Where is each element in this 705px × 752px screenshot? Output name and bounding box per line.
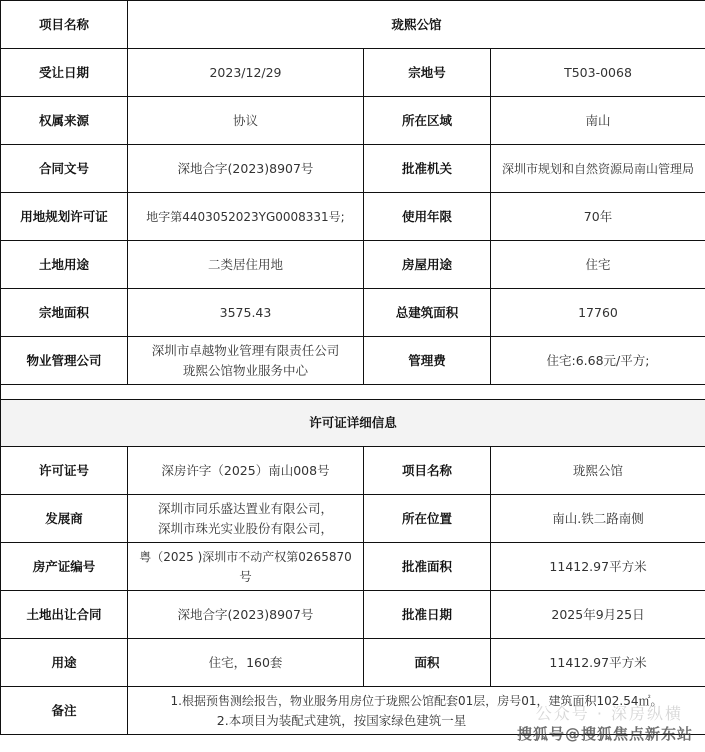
value-management-fee: 住宅:6.68元/平方; xyxy=(491,337,705,385)
row-property-management: 物业管理公司 深圳市卓越物业管理有限责任公司 珑熙公馆物业服务中心 管理费 住宅… xyxy=(1,337,705,385)
wechat-watermark: 公众号 · 深房纵横 xyxy=(536,701,683,724)
property-management-line-1: 深圳市卓越物业管理有限责任公司 xyxy=(129,341,362,361)
value-permit-number: 深房许字（2025）南山008号 xyxy=(128,447,364,495)
label-developer: 发展商 xyxy=(1,495,128,543)
property-management-line-2: 珑熙公馆物业服务中心 xyxy=(129,361,362,381)
row-permit-number: 许可证号 深房许字（2025）南山008号 项目名称 珑熙公馆 xyxy=(1,447,705,495)
label-land-use: 土地用途 xyxy=(1,241,128,289)
label-transfer-date: 受让日期 xyxy=(1,49,128,97)
value-land-contract: 深地合字(2023)8907号 xyxy=(128,591,364,639)
row-usage: 用途 住宅，160套 面积 11412.97平方米 xyxy=(1,639,705,687)
value-term: 70年 xyxy=(491,193,705,241)
value-property-cert: 粤（2025 )深圳市不动产权第0265870 号 xyxy=(128,543,364,591)
row-property-cert: 房产证编号 粤（2025 )深圳市不动产权第0265870 号 批准面积 114… xyxy=(1,543,705,591)
value-project-name: 珑熙公馆 xyxy=(128,1,705,49)
label-term: 使用年限 xyxy=(364,193,491,241)
value-contract-number: 深地合字(2023)8907号 xyxy=(128,145,364,193)
row-land-contract: 土地出让合同 深地合字(2023)8907号 批准日期 2025年9月25日 xyxy=(1,591,705,639)
label-ownership-source: 权属来源 xyxy=(1,97,128,145)
spacer-cell xyxy=(1,385,705,400)
label-approval-date: 批准日期 xyxy=(364,591,491,639)
label-total-floor-area: 总建筑面积 xyxy=(364,289,491,337)
label-approved-area: 批准面积 xyxy=(364,543,491,591)
spacer-row xyxy=(1,385,705,400)
value-approval-authority: 深圳市规划和自然资源局南山管理局 xyxy=(491,145,705,193)
label-parcel-area: 宗地面积 xyxy=(1,289,128,337)
value-transfer-date: 2023/12/29 xyxy=(128,49,364,97)
label-remarks: 备注 xyxy=(1,687,128,735)
row-contract-number: 合同文号 深地合字(2023)8907号 批准机关 深圳市规划和自然资源局南山管… xyxy=(1,145,705,193)
value-usage: 住宅，160套 xyxy=(128,639,364,687)
row-developer: 发展商 深圳市同乐盛达置业有限公司， 深圳市珠光实业股份有限公司， 所在位置 南… xyxy=(1,495,705,543)
value-area: 11412.97平方米 xyxy=(491,639,705,687)
value-parcel-number: T503-0068 xyxy=(491,49,705,97)
row-project-name: 项目名称 珑熙公馆 xyxy=(1,1,705,49)
label-area: 面积 xyxy=(364,639,491,687)
row-transfer-date: 受让日期 2023/12/29 宗地号 T503-0068 xyxy=(1,49,705,97)
label-building-use: 房屋用途 xyxy=(364,241,491,289)
label-property-cert: 房产证编号 xyxy=(1,543,128,591)
row-ownership-source: 权属来源 协议 所在区域 南山 xyxy=(1,97,705,145)
value-permit-project-name: 珑熙公馆 xyxy=(491,447,705,495)
value-ownership-source: 协议 xyxy=(128,97,364,145)
label-parcel-number: 宗地号 xyxy=(364,49,491,97)
label-land-contract: 土地出让合同 xyxy=(1,591,128,639)
value-location: 南山.铁二路南侧 xyxy=(491,495,705,543)
label-management-fee: 管理费 xyxy=(364,337,491,385)
label-permit-project-name: 项目名称 xyxy=(364,447,491,495)
row-land-use: 土地用途 二类居住用地 房屋用途 住宅 xyxy=(1,241,705,289)
section-header-permit: 许可证详细信息 xyxy=(1,400,705,447)
value-property-management: 深圳市卓越物业管理有限责任公司 珑熙公馆物业服务中心 xyxy=(128,337,364,385)
value-developer: 深圳市同乐盛达置业有限公司， 深圳市珠光实业股份有限公司， xyxy=(128,495,364,543)
sohu-watermark: 搜狐号@搜狐焦点新东站 xyxy=(517,723,693,744)
value-planning-permit: 地字第4403052023YG0008331号; xyxy=(128,193,364,241)
section-title-permit: 许可证详细信息 xyxy=(1,400,705,447)
value-total-floor-area: 17760 xyxy=(491,289,705,337)
value-district: 南山 xyxy=(491,97,705,145)
developer-line-2: 深圳市珠光实业股份有限公司， xyxy=(129,519,362,539)
value-approval-date: 2025年9月25日 xyxy=(491,591,705,639)
label-permit-number: 许可证号 xyxy=(1,447,128,495)
value-parcel-area: 3575.43 xyxy=(128,289,364,337)
label-approval-authority: 批准机关 xyxy=(364,145,491,193)
value-approved-area: 11412.97平方米 xyxy=(491,543,705,591)
label-project-name: 项目名称 xyxy=(1,1,128,49)
row-parcel-area: 宗地面积 3575.43 总建筑面积 17760 xyxy=(1,289,705,337)
developer-line-1: 深圳市同乐盛达置业有限公司， xyxy=(129,499,362,519)
label-contract-number: 合同文号 xyxy=(1,145,128,193)
label-usage: 用途 xyxy=(1,639,128,687)
row-planning-permit: 用地规划许可证 地字第4403052023YG0008331号; 使用年限 70… xyxy=(1,193,705,241)
label-planning-permit: 用地规划许可证 xyxy=(1,193,128,241)
value-building-use: 住宅 xyxy=(491,241,705,289)
label-location: 所在位置 xyxy=(364,495,491,543)
label-district: 所在区域 xyxy=(364,97,491,145)
value-land-use: 二类居住用地 xyxy=(128,241,364,289)
label-property-management: 物业管理公司 xyxy=(1,337,128,385)
property-cert-line-1: 粤（2025 )深圳市不动产权第0265870 xyxy=(129,547,362,567)
property-cert-line-2: 号 xyxy=(129,567,362,587)
project-info-table: 项目名称 珑熙公馆 受让日期 2023/12/29 宗地号 T503-0068 … xyxy=(0,0,705,735)
